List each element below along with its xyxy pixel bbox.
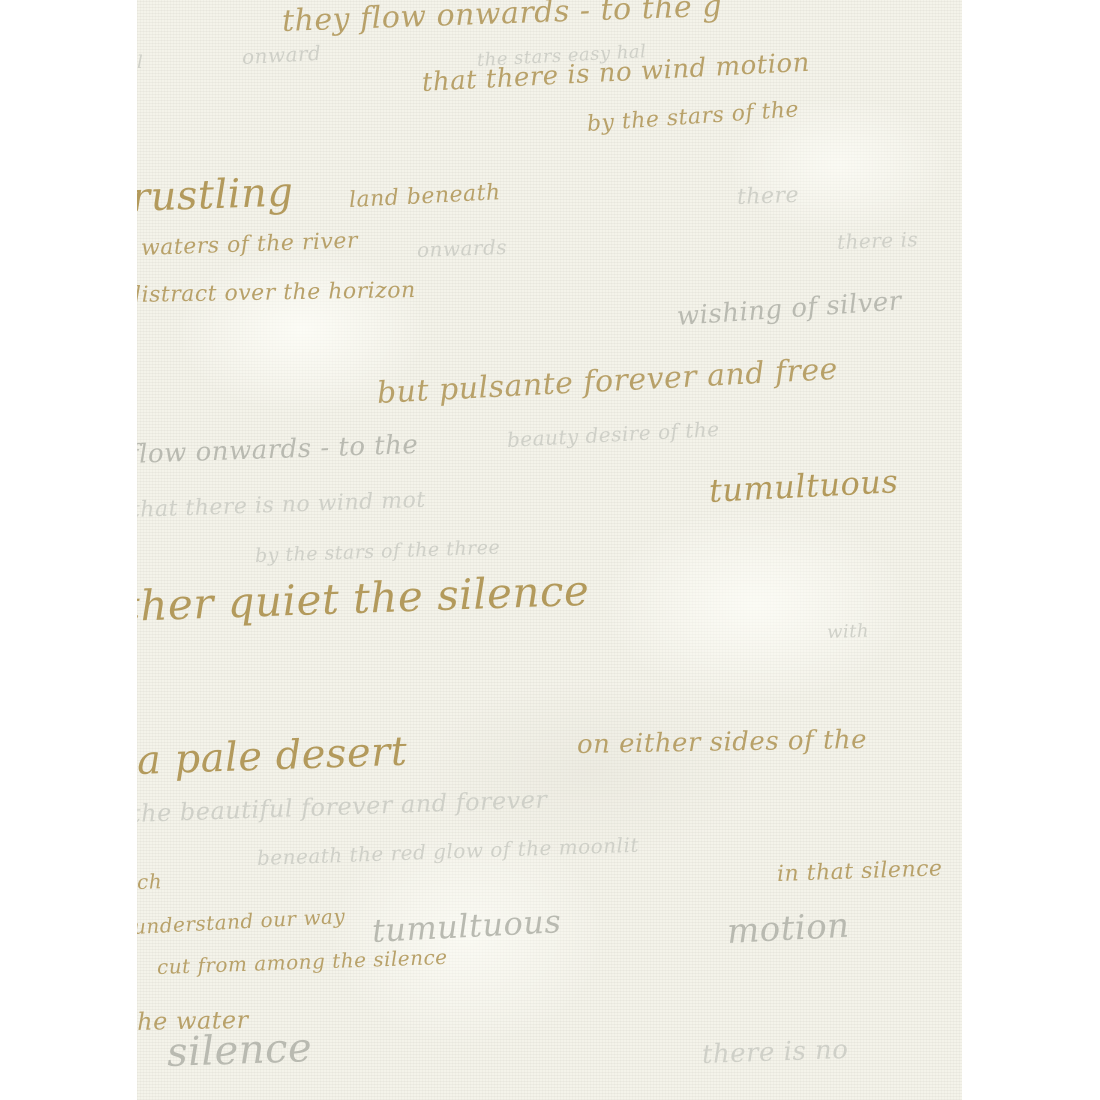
script-line: distract over the horizon (137, 278, 416, 308)
script-line: rustling (137, 169, 294, 221)
script-line: l (137, 52, 143, 73)
script-line: motion (726, 906, 851, 952)
script-line: there is no (701, 1035, 848, 1070)
script-line: onward (241, 41, 321, 69)
script-line: on either sides of the (577, 725, 868, 760)
script-line: ther quiet the silence (137, 566, 590, 631)
script-line: flow onwards - to the (137, 430, 419, 470)
script-line: ch (137, 869, 162, 894)
script-line: cut from among the silence (157, 945, 448, 979)
script-line: there (737, 183, 800, 210)
script-line: by the stars of the three (255, 536, 501, 567)
script-line: tumultuous (371, 902, 562, 950)
script-line: land beneath (348, 180, 501, 213)
script-line: they flow onwards - to the g (281, 0, 722, 39)
script-line: there is (837, 227, 919, 254)
script-line: with (827, 621, 870, 643)
script-line: in that silence (777, 856, 943, 887)
script-line: by the stars of the (586, 97, 800, 137)
script-line: wishing of silver (676, 286, 903, 332)
script-line: waters of the river (141, 228, 359, 261)
script-line: a pale desert (137, 729, 408, 784)
script-line: beneath the red glow of the moonlit (257, 833, 640, 870)
script-line: beauty desire of the (506, 417, 720, 452)
wallpaper-sample: they flow onwards - to the g onward that… (137, 0, 962, 1100)
script-line: but pulsante forever and free (376, 352, 839, 411)
script-line: tumultuous (708, 462, 899, 510)
script-line: silence (166, 1025, 313, 1076)
script-line: that there is no wind mot (137, 488, 426, 523)
script-line: the beautiful forever and forever (137, 785, 548, 828)
script-line: onwards (417, 235, 508, 262)
script-line: understand our way (137, 904, 346, 939)
